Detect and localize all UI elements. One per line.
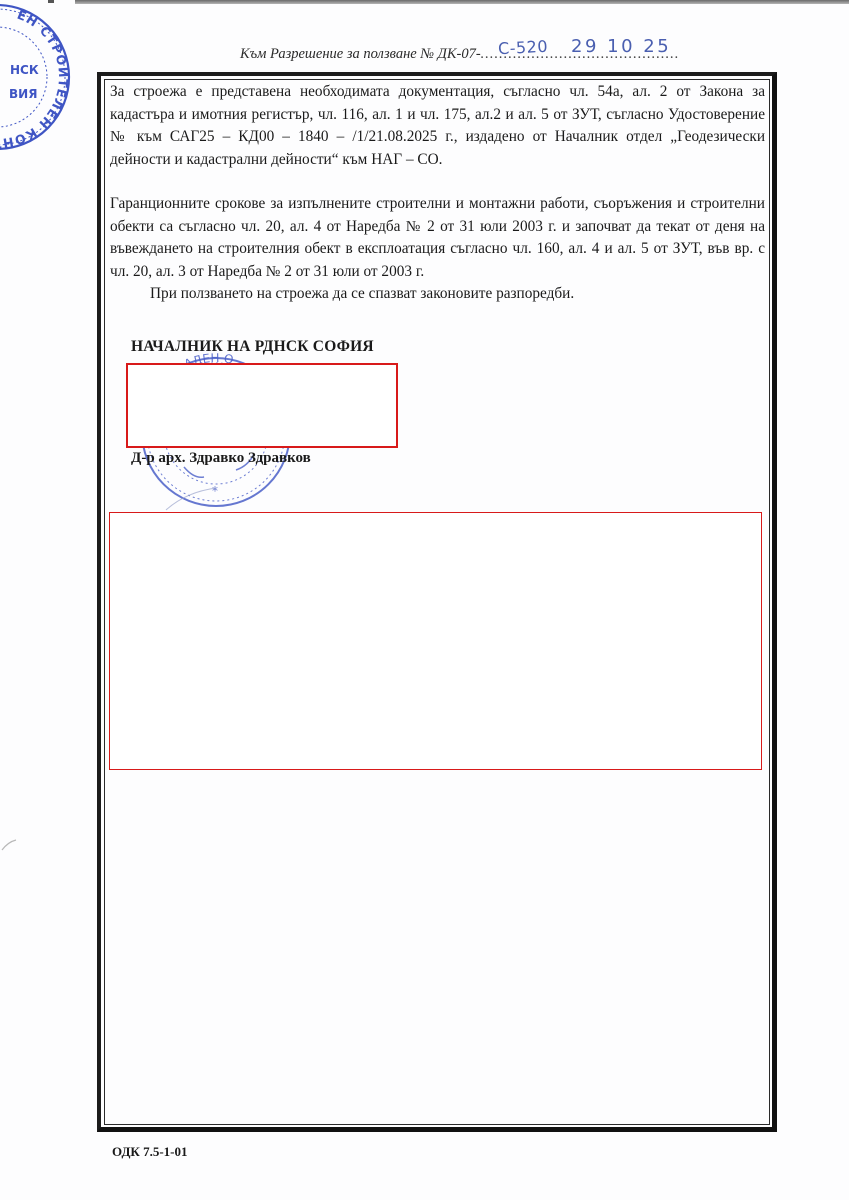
svg-text:НСК: НСК	[10, 63, 39, 77]
paragraph-regulations: При ползването на строежа да се спазват …	[110, 283, 765, 306]
paragraph-warranty: Гаранционните срокове за изпълнените стр…	[110, 193, 765, 283]
signatory-title: НАЧАЛНИК НА РДНСК СОФИЯ	[131, 338, 374, 356]
document-body: За строежа е представена необходимата до…	[110, 81, 765, 306]
handwritten-date: 29 10 25	[571, 36, 671, 57]
signature-redaction-box	[126, 363, 398, 448]
signatory-name: Д-р арх. Здравко Здравков	[131, 450, 311, 467]
official-stamp-icon: ЕН СТРОИТЕЛЕН КОНТРОЛ НСК ВИЯ	[0, 2, 72, 152]
handwritten-permit-code: С-520	[498, 37, 549, 59]
content-redaction-box	[109, 512, 762, 770]
svg-text:ВИЯ: ВИЯ	[9, 87, 37, 101]
paragraph-documentation: За строежа е представена необходимата до…	[110, 81, 765, 171]
permit-reference-prefix: Към Разрешение за ползване № ДК-07-	[240, 46, 481, 62]
svg-text:*: *	[212, 484, 218, 498]
margin-pen-mark-icon	[0, 820, 30, 860]
document-form-code: ОДК 7.5-1-01	[112, 1144, 188, 1160]
scan-top-edge	[75, 0, 849, 4]
